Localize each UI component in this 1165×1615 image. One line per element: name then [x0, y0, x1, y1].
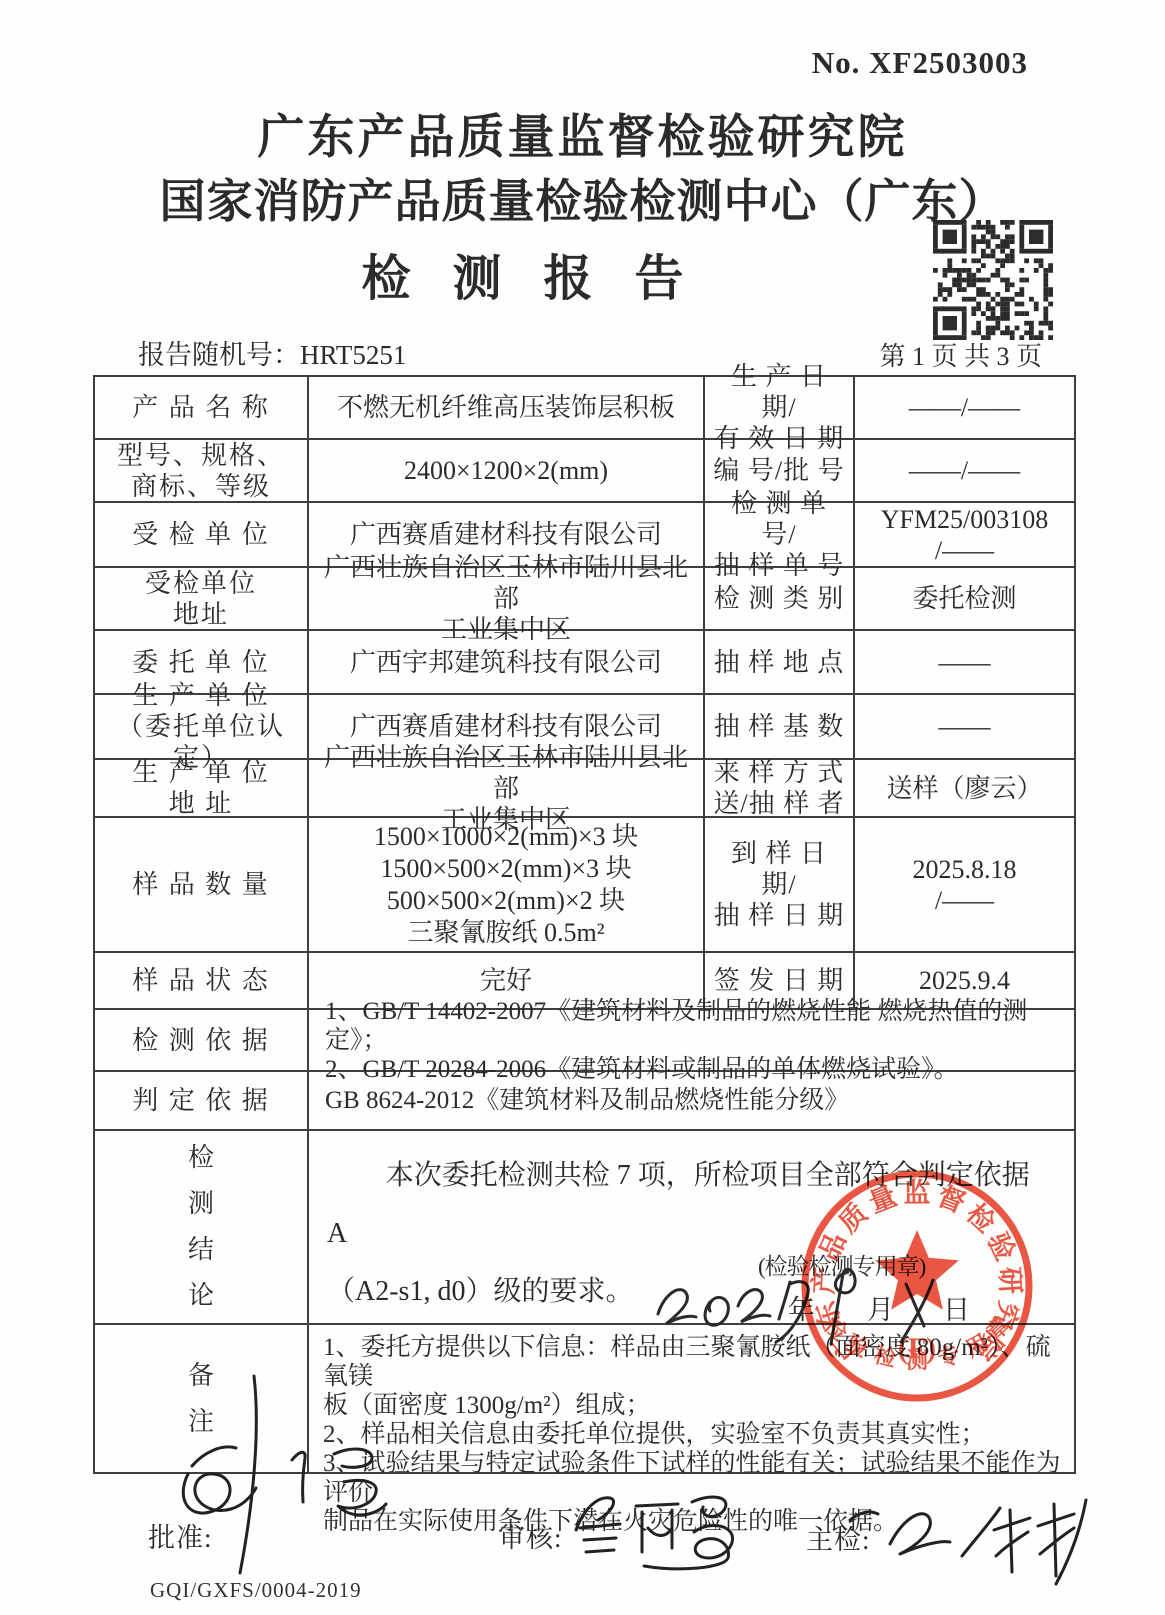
row-label: 生 产 单 位 地 址	[95, 760, 307, 816]
row-label: 样 品 状 态	[95, 953, 307, 1008]
svg-text:研: 研	[994, 1266, 1026, 1295]
row-label: 型号、规格、 商标、等级	[95, 440, 307, 501]
svg-text:产: 产	[807, 1266, 840, 1295]
row-value: 广西壮族自治区玉林市陆川县北部 工业集中区	[307, 760, 703, 816]
row-label: 检 测 单 号/ 抽 样 单 号	[703, 503, 853, 566]
row-value: YFM25/003108 /——	[853, 503, 1074, 566]
review-label: 审核:	[498, 1516, 563, 1555]
row-value: 广西宇邦建筑科技有限公司	[307, 631, 703, 693]
row-value: 广西壮族自治区玉林市陆川县北部 工业集中区	[307, 568, 703, 629]
chief-signature	[842, 1492, 1122, 1587]
row-value: ——/——	[853, 440, 1074, 501]
table-row: 型号、规格、 商标、等级 2400×1200×2(mm) 编 号/批 号 ——/…	[95, 438, 1074, 501]
row-label: 检 测 依 据	[95, 1010, 307, 1070]
row-label: 判 定 依 据	[95, 1072, 307, 1129]
svg-text:监: 监	[904, 1178, 931, 1208]
table-row: 产 品 名 称 不燃无机纤维高压装饰层积板 生 产 日 期/ 有 效 日 期 —…	[95, 377, 1074, 438]
official-seal-stamp: (F) 广东产品质量监督检验研究院检验检测专用章	[792, 1162, 1042, 1412]
row-label: 检 测 结 论	[95, 1131, 307, 1323]
row-value: 2025.8.18 /——	[853, 818, 1074, 951]
table-row: 生 产 单 位 地 址 广西壮族自治区玉林市陆川县北部 工业集中区 来 样 方 …	[95, 758, 1074, 816]
review-signature	[560, 1490, 745, 1575]
row-label: 受检单位 地址	[95, 568, 307, 629]
serial-value: HRT5251	[300, 340, 406, 370]
table-row: 受检单位 地址 广西壮族自治区玉林市陆川县北部 工业集中区 检 测 类 别 委托…	[95, 566, 1074, 629]
row-value: ——	[853, 695, 1074, 758]
row-label: 抽 样 地 点	[703, 631, 853, 693]
row-value: 1、GB/T 14402-2007《建筑材料及制品的燃烧性能 燃烧热值的测定》；…	[307, 1010, 1074, 1070]
row-value: 2400×1200×2(mm)	[307, 440, 703, 501]
table-row: 判 定 依 据 GB 8624-2012《建筑材料及制品燃烧性能分级》	[95, 1070, 1074, 1129]
row-label: 到 样 日 期/ 抽 样 日 期	[703, 818, 853, 951]
report-number: No. XF2503003	[812, 45, 1028, 81]
document-page: No. XF2503003 广东产品质量监督检验研究院 国家消防产品质量检验检测…	[0, 0, 1165, 1615]
row-value: 委托检测	[853, 568, 1074, 629]
page-indicator: 第 1 页 共 3 页	[879, 336, 1042, 373]
organization-title: 广东产品质量监督检验研究院	[0, 100, 1165, 167]
table-row: 检 测 依 据 1、GB/T 14402-2007《建筑材料及制品的燃烧性能 燃…	[95, 1008, 1074, 1070]
serial-label: 报告随机号：	[138, 340, 300, 370]
row-label: 抽 样 基 数	[703, 695, 853, 758]
row-value: 送样（廖云）	[853, 760, 1074, 816]
row-label: 生 产 单 位 （委托单位认定）	[95, 695, 307, 758]
svg-text:检: 检	[872, 1342, 899, 1372]
approve-signature	[158, 1368, 388, 1578]
row-label: 检 测 类 别	[703, 568, 853, 629]
row-value: GB 8624-2012《建筑材料及制品燃烧性能分级》	[307, 1072, 1074, 1129]
report-serial: 报告随机号：HRT5251	[138, 333, 406, 372]
row-label: 受 检 单 位	[95, 503, 307, 566]
qr-code-icon	[933, 220, 1053, 340]
star-icon	[875, 1230, 959, 1310]
row-label: 产 品 名 称	[95, 377, 307, 438]
row-value: 不燃无机纤维高压装饰层积板	[307, 377, 703, 438]
table-row: 样 品 数 量 1500×1000×2(mm)×3 块 1500×500×2(m…	[95, 816, 1074, 951]
document-code: GQI/GXFS/0004-2019	[150, 1578, 362, 1603]
row-value: 1500×1000×2(mm)×3 块 1500×500×2(mm)×3 块 5…	[307, 818, 703, 951]
svg-text:专: 专	[935, 1342, 962, 1372]
row-label: 样 品 数 量	[95, 818, 307, 951]
row-value: ——/——	[853, 377, 1074, 438]
svg-text:测: 测	[906, 1348, 928, 1373]
row-label: 生 产 日 期/ 有 效 日 期	[703, 377, 853, 438]
row-value: ——	[853, 631, 1074, 693]
row-label: 来 样 方 式 送/抽 样 者	[703, 760, 853, 816]
